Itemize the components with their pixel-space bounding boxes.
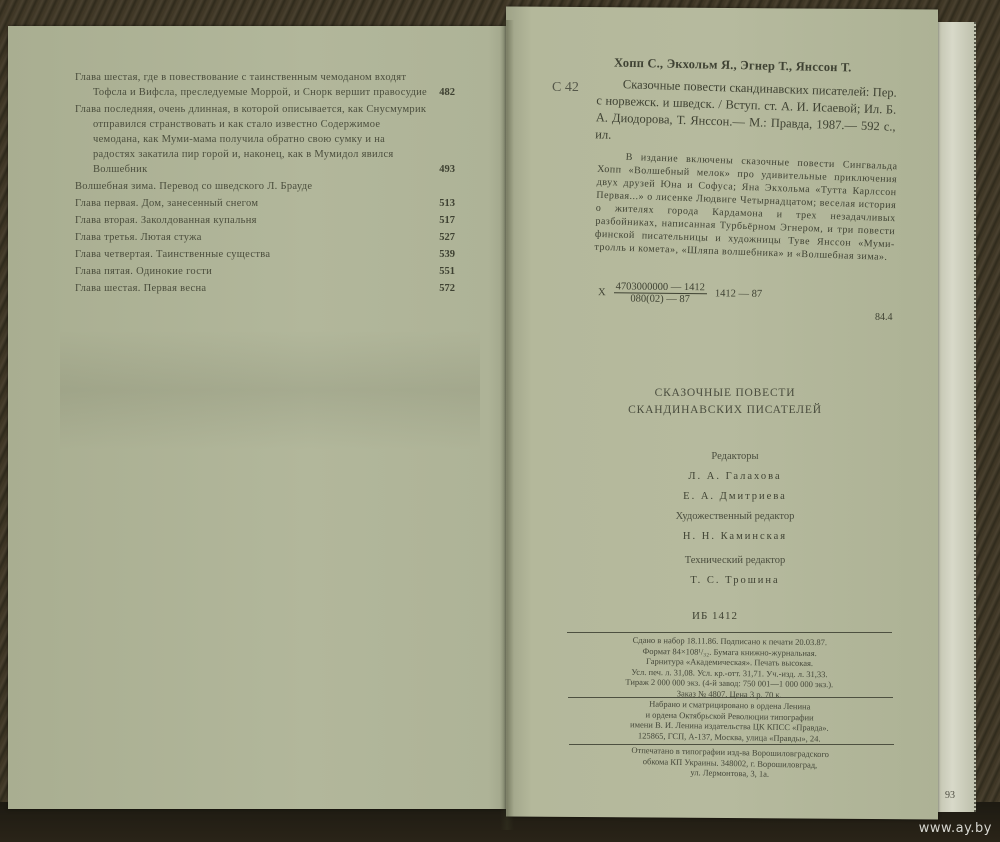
- toc-entry: Глава первая. Дом, занесенный снегом 513: [75, 196, 455, 211]
- toc-entry-page: 572: [427, 281, 455, 296]
- bbk-code: 84.4: [875, 312, 893, 323]
- isbn-prefix: Х: [598, 287, 606, 298]
- credit-name: Н. Н. Каминская: [640, 527, 830, 547]
- page-block-edge: [938, 22, 976, 812]
- bibliographic-record: Сказочные повести скандинавских писателе…: [595, 75, 897, 152]
- credit-name: Т. С. Трошина: [640, 571, 830, 591]
- toc-entry-title: Волшебная зима. Перевод со шведского Л. …: [75, 179, 427, 194]
- toc-entry-title: Глава третья. Лютая стужа: [75, 230, 427, 245]
- annotation: В издание включены сказочные повести Син…: [594, 150, 897, 264]
- page-corner-mark: 93: [945, 790, 955, 801]
- book-title: СКАЗОЧНЫЕ ПОВЕСТИ СКАНДИНАВСКИХ ПИСАТЕЛЕ…: [605, 385, 845, 419]
- editorial-credits: Редакторы Л. А. Галахова Е. А. Дмитриева…: [640, 447, 830, 591]
- credit-role: Технический редактор: [640, 551, 830, 571]
- toc-entry-title: Глава пятая. Одинокие гости: [75, 264, 427, 279]
- catalog-code: С 42: [552, 80, 579, 96]
- watermark: www.ay.by: [919, 821, 992, 836]
- toc-entry-title: Глава шестая, где в повествование с таин…: [75, 70, 427, 100]
- book-gutter: [500, 20, 514, 830]
- credit-name: Е. А. Дмитриева: [640, 487, 830, 507]
- toc-entry-page: 551: [427, 264, 455, 279]
- isbn-denominator: 080(02) — 87: [630, 293, 690, 305]
- page-fold-shadow: [60, 330, 480, 450]
- divider: [567, 632, 892, 633]
- isbn-suffix: 1412 — 87: [715, 288, 762, 299]
- isbn-fraction: 4703000000 — 1412 080(02) — 87: [613, 281, 706, 305]
- typeset-info: Набрано и сматрицировано в ордена Ленина…: [577, 697, 883, 744]
- toc-entry: Глава шестая, где в повествование с таин…: [75, 70, 455, 100]
- toc-entry: Глава последняя, очень длинная, в которо…: [75, 102, 455, 177]
- toc-entry-title: Глава последняя, очень длинная, в которо…: [75, 102, 427, 177]
- toc-entry-page: 513: [427, 196, 455, 211]
- toc-entry-title: Глава шестая. Первая весна: [75, 281, 427, 296]
- toc-entry-title: Глава первая. Дом, занесенный снегом: [75, 196, 427, 211]
- print-info: Сдано в набор 18.11.86. Подписано к печа…: [567, 634, 893, 701]
- isbn-numerator: 4703000000 — 1412: [614, 281, 707, 294]
- toc-entry-page: 527: [427, 230, 455, 245]
- toc-entry: Глава четвертая. Таинственные существа 5…: [75, 247, 455, 262]
- toc-entry: Глава вторая. Заколдованная купальня 517: [75, 213, 455, 228]
- toc-entry: Глава шестая. Первая весна 572: [75, 281, 455, 296]
- toc-section-heading: Волшебная зима. Перевод со шведского Л. …: [75, 179, 455, 194]
- book-title-line: СКАЗОЧНЫЕ ПОВЕСТИ: [605, 385, 845, 402]
- toc-entry-title: Глава четвертая. Таинственные существа: [75, 247, 427, 262]
- credit-role: Художественный редактор: [640, 507, 830, 527]
- toc-entry-page: 482: [427, 85, 455, 100]
- toc-entry: Глава третья. Лютая стужа 527: [75, 230, 455, 245]
- credit-role: Редакторы: [640, 447, 830, 467]
- credit-name: Л. А. Галахова: [640, 467, 830, 487]
- toc-entry-page: 517: [427, 213, 455, 228]
- ib-number: ИБ 1412: [692, 610, 738, 622]
- isbn-formula: Х 4703000000 — 1412 080(02) — 87 1412 — …: [598, 281, 762, 306]
- toc-entry: Глава пятая. Одинокие гости 551: [75, 264, 455, 279]
- table-of-contents: Глава шестая, где в повествование с таин…: [75, 70, 455, 298]
- toc-entry-page: 539: [427, 247, 455, 262]
- toc-entry-title: Глава вторая. Заколдованная купальня: [75, 213, 427, 228]
- toc-entry-page: 493: [427, 162, 455, 177]
- book-title-line: СКАНДИНАВСКИХ ПИСАТЕЛЕЙ: [605, 402, 845, 419]
- printed-info: Отпечатано в типографии изд-ва Ворошилов…: [570, 744, 891, 782]
